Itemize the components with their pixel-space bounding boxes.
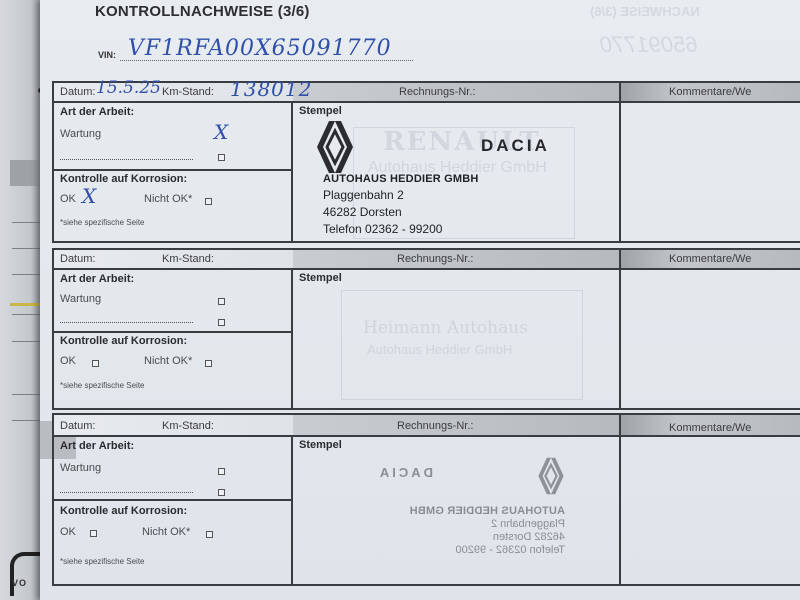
ok-label: OK (60, 355, 76, 367)
footnote: *siehe spezifische Seite (60, 381, 145, 390)
wartung-label: Wartung (60, 293, 101, 305)
korrosion-label: Kontrolle auf Korrosion: (60, 335, 187, 347)
ok-checkbox[interactable] (90, 530, 97, 537)
ghost-title: NACHWEISE (3/6) (590, 4, 700, 19)
rule-line (12, 222, 42, 223)
ok-checkbox[interactable] (92, 360, 99, 367)
entry-header: Datum: Km-Stand: Rechnungs-Nr.: Kommenta… (54, 250, 800, 270)
ok-checkbox-checked[interactable]: X (82, 184, 96, 208)
rule-line (12, 314, 42, 315)
stempel-label: Stempel (299, 272, 342, 284)
entry-header: Datum: 15.5.25 Km-Stand: 138012 Rechnung… (54, 83, 800, 103)
stamp-area: Stempel DACIA AUTOHAUS HEDDIER GMBH Plag… (293, 437, 617, 584)
km-stand-value[interactable]: 138012 (230, 77, 312, 101)
nicht-ok-checkbox[interactable] (206, 531, 213, 538)
ghost-vin: 65091770 (600, 32, 698, 58)
stempel-label: Stempel (299, 105, 342, 117)
korrosion-section: Kontrolle auf Korrosion: OK X Nicht OK* … (54, 171, 291, 241)
nicht-ok-label: Nicht OK* (144, 193, 192, 205)
service-entry-1: Datum: 15.5.25 Km-Stand: 138012 Rechnung… (52, 81, 800, 243)
underlying-booklet-page: VO (0, 0, 44, 600)
work-column: Art der Arbeit: Wartung Kontrolle auf Ko… (54, 270, 293, 408)
other-work-line[interactable] (60, 492, 193, 493)
dealer-stamp: AUTOHAUS HEDDIER GMBH Plaggenbahn 2 4628… (409, 505, 565, 556)
entry-body: Art der Arbeit: Wartung Kontrolle auf Ko… (54, 270, 800, 408)
other-work-checkbox[interactable] (218, 154, 225, 161)
ghost-stamp-line: Autohaus Heddier GmbH (367, 342, 512, 357)
art-der-arbeit-label: Art der Arbeit: (60, 440, 134, 452)
rule-line (12, 420, 42, 421)
dealer-phone: Telefon 02362 - 99200 (323, 222, 479, 236)
footnote: *siehe spezifische Seite (60, 557, 145, 566)
car-logo-icon (10, 552, 44, 596)
renault-logo-icon (315, 119, 355, 175)
entry-header: Datum: Km-Stand: Rechnungs-Nr.: Kommenta… (54, 415, 800, 437)
dacia-logo: DACIA (481, 136, 550, 156)
wartung-checkbox-checked[interactable]: X (214, 120, 228, 144)
korrosion-section: Kontrolle auf Korrosion: OK Nicht OK* *s… (54, 333, 291, 408)
footnote: *siehe spezifische Seite (60, 218, 145, 227)
art-der-arbeit-section: Art der Arbeit: Wartung (54, 437, 291, 501)
km-stand-label: Km-Stand: (162, 253, 214, 265)
dealer-name: AUTOHAUS HEDDIER GMBH (409, 505, 565, 517)
work-column: Art der Arbeit: Wartung X Kontrolle auf … (54, 103, 293, 241)
service-entry-3: Datum: Km-Stand: Rechnungs-Nr.: Kommenta… (52, 413, 800, 586)
mirrored-stamp-offset: DACIA AUTOHAUS HEDDIER GMBH Plaggenbahn … (333, 445, 573, 575)
art-der-arbeit-section: Art der Arbeit: Wartung (54, 270, 291, 333)
ok-label: OK (60, 526, 76, 538)
rechnungs-nr-label: Rechnungs-Nr.: (397, 420, 473, 432)
art-der-arbeit-section: Art der Arbeit: Wartung X (54, 103, 291, 171)
korrosion-label: Kontrolle auf Korrosion: (60, 505, 187, 517)
nicht-ok-checkbox[interactable] (205, 360, 212, 367)
rechnungs-nr-label: Rechnungs-Nr.: (397, 253, 473, 265)
korrosion-section: Kontrolle auf Korrosion: OK Nicht OK* *s… (54, 501, 291, 584)
art-der-arbeit-label: Art der Arbeit: (60, 273, 134, 285)
datum-label: Datum: (60, 420, 95, 432)
datum-label: Datum: (60, 253, 95, 265)
comments-field[interactable] (619, 437, 800, 584)
kommentare-label: Kommentare/We (669, 422, 751, 434)
datum-value[interactable]: 15.5.25 (96, 78, 161, 98)
datum-label: Datum: (60, 86, 95, 98)
nicht-ok-checkbox[interactable] (205, 198, 212, 205)
yellow-highlight (10, 303, 44, 306)
wartung-checkbox[interactable] (218, 468, 225, 475)
rule-line (12, 248, 42, 249)
entry-body: Art der Arbeit: Wartung Kontrolle auf Ko… (54, 437, 800, 584)
wartung-label: Wartung (60, 462, 101, 474)
dacia-logo: DACIA (377, 465, 433, 480)
other-work-line[interactable] (60, 159, 193, 160)
kommentare-label: Kommentare/We (669, 86, 751, 98)
dealer-city: 46282 Dorsten (323, 205, 479, 219)
nicht-ok-label: Nicht OK* (144, 355, 192, 367)
km-stand-label: Km-Stand: (162, 86, 214, 98)
dealer-stamp: AUTOHAUS HEDDIER GMBH Plaggenbahn 2 4628… (323, 173, 479, 236)
renault-logo-icon (537, 455, 565, 497)
km-stand-label: Km-Stand: (162, 420, 214, 432)
wartung-checkbox[interactable] (218, 298, 225, 305)
kommentare-label: Kommentare/We (669, 253, 751, 265)
rule-line (12, 394, 42, 395)
dealer-name: AUTOHAUS HEDDIER GMBH (323, 173, 479, 185)
rechnungs-nr-label: Rechnungs-Nr.: (399, 86, 475, 98)
stamp-area: Stempel Heimann Autohaus Autohaus Heddie… (293, 270, 617, 408)
underlying-text: VO (12, 578, 27, 588)
grey-marker (10, 160, 44, 186)
dealer-city: 46282 Dorsten (409, 531, 565, 543)
wartung-label: Wartung (60, 128, 101, 140)
vin-field[interactable]: VIN: VF1RFA00X65091770 (98, 38, 413, 62)
rule-line (12, 274, 42, 275)
art-der-arbeit-label: Art der Arbeit: (60, 106, 134, 118)
vin-value: VF1RFA00X65091770 (128, 36, 392, 61)
other-work-line[interactable] (60, 322, 193, 323)
ghost-stamp-box (341, 290, 583, 400)
nicht-ok-label: Nicht OK* (142, 526, 190, 538)
dealer-street: Plaggenbahn 2 (409, 518, 565, 530)
korrosion-label: Kontrolle auf Korrosion: (60, 173, 187, 185)
ghost-stamp-line: Heimann Autohaus (363, 318, 528, 338)
comments-field[interactable] (619, 270, 800, 408)
other-work-checkbox[interactable] (218, 489, 225, 496)
service-entry-2: Datum: Km-Stand: Rechnungs-Nr.: Kommenta… (52, 248, 800, 410)
ok-label: OK (60, 193, 76, 205)
stamp-area: Stempel RENAULT Autohaus Heddier GmbH DA… (293, 103, 617, 241)
dealer-street: Plaggenbahn 2 (323, 188, 479, 202)
page-title: KONTROLLNACHWEISE (3/6) (95, 3, 310, 20)
work-column: Art der Arbeit: Wartung Kontrolle auf Ko… (54, 437, 293, 584)
comments-field[interactable] (619, 103, 800, 241)
rule-line (12, 341, 42, 342)
entry-body: Art der Arbeit: Wartung X Kontrolle auf … (54, 103, 800, 241)
other-work-checkbox[interactable] (218, 319, 225, 326)
vin-label: VIN: (98, 50, 116, 60)
dealer-phone: Telefon 02362 - 99200 (409, 544, 565, 556)
